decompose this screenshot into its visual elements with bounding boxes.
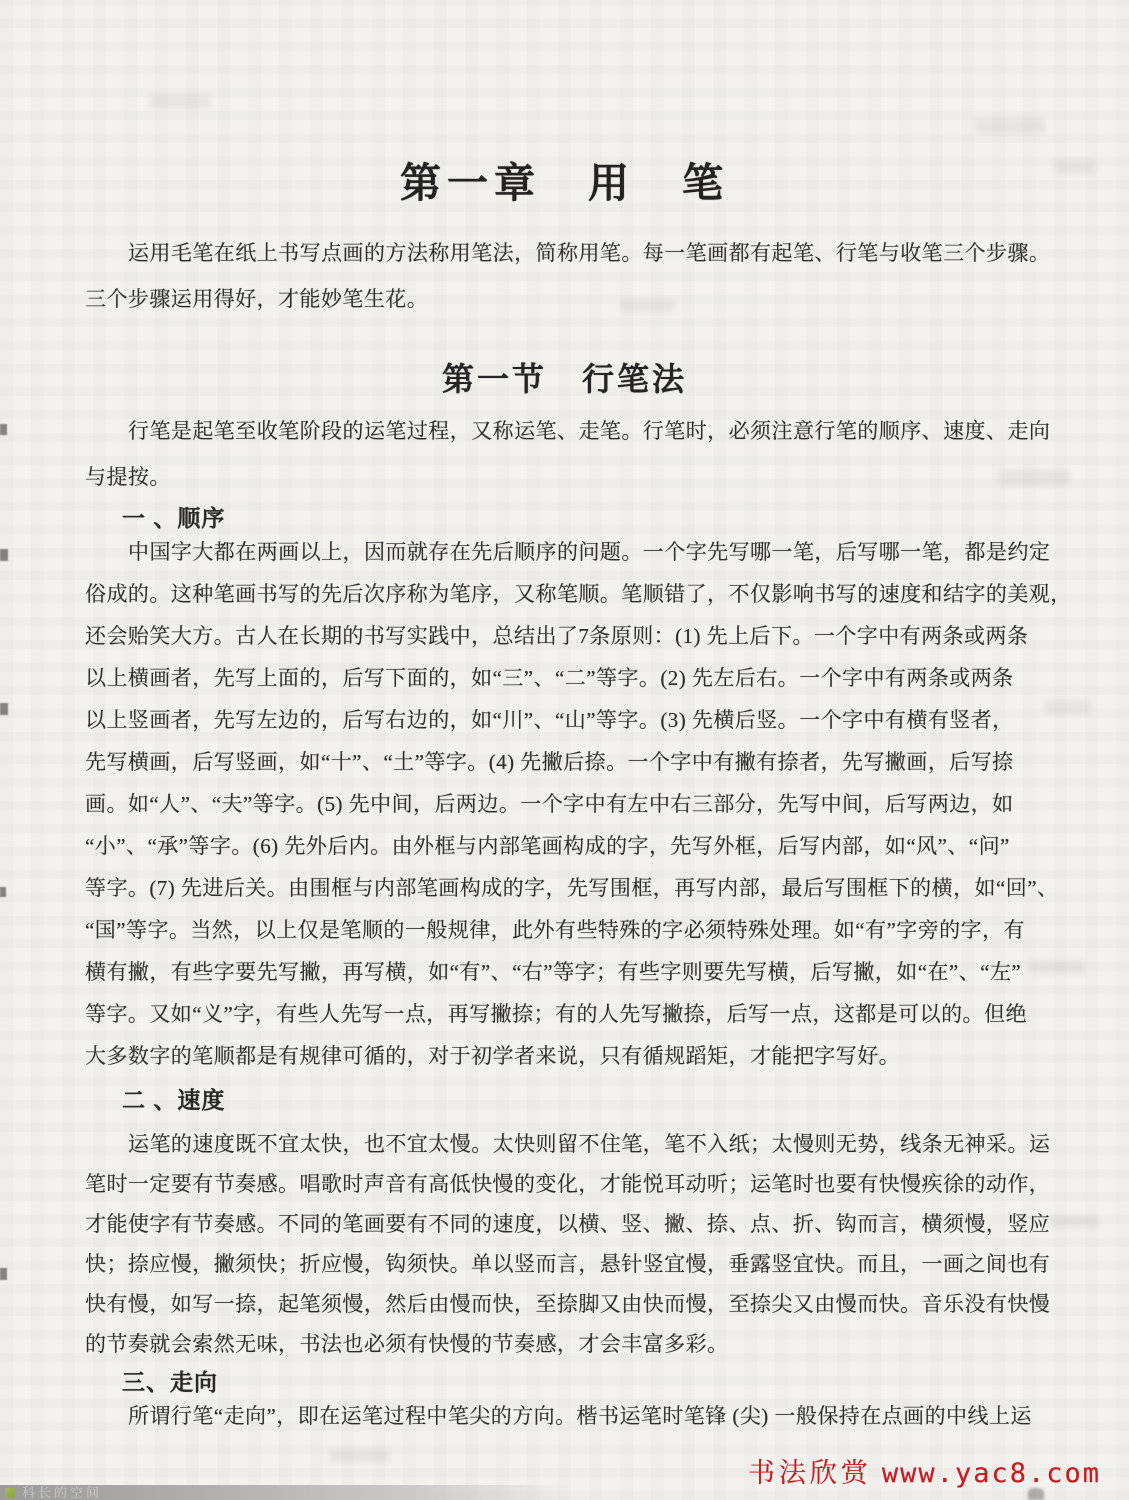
text-line: 中国字大都在两画以上，因而就存在先后顺序的问题。一个字先写哪一笔，后写哪一笔，都… [85,531,1053,573]
chapter-title: 第一章 用 笔 [0,150,1129,209]
subsection-heading-speed: 二 、速度 [122,1082,225,1115]
text-line: 三个步骤运用得好，才能妙笔生花。 [85,276,1053,322]
text-line: 快；捺应慢，撇须快；折应慢，钩须快。单以竖而言，悬针竖宜慢，垂露竖宜快。而且，一… [85,1244,1053,1284]
paragraph-direction: 所谓行笔“走向”，即在运笔过程中笔尖的方向。楷书运笔时笔锋 (尖) 一般保持在点… [85,1396,1053,1436]
text-line: 还会贻笑大方。古人在长期的书写实践中，总结出了7条原则：(1) 先上后下。一个字… [85,615,1053,657]
text-line: 运笔的速度既不宜太快，也不宜太慢。太快则留不住笔，笔不入纸；太慢则无势，线条无神… [85,1124,1053,1164]
text-line: 与提按。 [85,454,1053,500]
scan-edge-mark [0,1268,7,1280]
scan-noise-smudge [1055,160,1095,174]
text-line: 画。如“人”、“夫”等字。(5) 先中间，后两边。一个字中有左中右三部分，先写中… [85,783,1053,825]
text-line: 才能使字有节奏感。不同的笔画要有不同的速度，以横、竖、撇、捺、点、折、钩而言，横… [85,1204,1053,1244]
text-line: 先写横画，后写竖画，如“十”、“土”等字。(4) 先撇后捺。一个字中有撇有捺者，… [85,741,1053,783]
paragraph-order: 中国字大都在两画以上，因而就存在先后顺序的问题。一个字先写哪一笔，后写哪一笔，都… [85,531,1053,1077]
scan-edge-mark [0,424,7,435]
section-intro-paragraph: 行笔是起笔至收笔阶段的运笔过程，又称运笔、走笔。行笔时，必须注意行笔的顺序、速度… [85,408,1053,500]
text-line: 等字。又如“义”字，有些人先写一点，再写撇捺；有的人先写撇捺，后写一点，这都是可… [85,993,1053,1035]
scan-noise-smudge [150,95,210,108]
text-line: 行笔是起笔至收笔阶段的运笔过程，又称运笔、走笔。行笔时，必须注意行笔的顺序、速度… [85,408,1053,454]
text-line: 快有慢，如写一捺，起笔须慢，然后由慢而快，至捺脚又由快而慢，至捺尖又由慢而快。音… [85,1284,1053,1324]
site-watermark: 书法欣赏www.yac8.com [748,1451,1101,1490]
section-title: 第一节 行笔法 [0,354,1129,400]
paragraph-speed: 运笔的速度既不宜太快，也不宜太慢。太快则留不住笔，笔不入纸；太慢则无势，线条无神… [85,1124,1053,1364]
text-line: “国”等字。当然，以上仅是笔顺的一般规律，此外有些特殊的字必须特殊处理。如“有”… [85,909,1053,951]
subsection-heading-order: 一 、顺序 [122,500,225,533]
scanned-book-page: 第一章 用 笔 运用毛笔在纸上书写点画的方法称用笔法，简称用笔。每一笔画都有起笔… [0,0,1129,1500]
scan-edge-mark [0,549,8,561]
footer-artifact-text: 科长的空间 [22,1485,102,1500]
text-line: “小”、“承”等字。(6) 先外后内。由外框与内部笔画构成的字，先写外框，后写内… [85,825,1053,867]
scan-noise-smudge [975,118,1045,134]
scan-noise-smudge [620,300,675,312]
subsection-heading-direction: 三、走向 [122,1364,218,1397]
text-line: 大多数字的笔顺都是有规律可循的，对于初学者来说，只有循规蹈矩，才能把字写好。 [85,1035,1053,1077]
watermark-site-name: 书法欣赏 [748,1458,872,1488]
text-line: 以上竖画者，先写左边的，后写右边的，如“川”、“山”等字。(3) 先横后竖。一个… [85,699,1053,741]
intro-paragraph: 运用毛笔在纸上书写点画的方法称用笔法，简称用笔。每一笔画都有起笔、行笔与收笔三个… [85,230,1053,322]
text-line: 所谓行笔“走向”，即在运笔过程中笔尖的方向。楷书运笔时笔锋 (尖) 一般保持在点… [85,1396,1053,1436]
text-line: 横有撇，有些字要先写撇，再写横，如“有”、“右”等字；有些字则要先写横，后写撇，… [85,951,1053,993]
text-line: 等字。(7) 先进后关。由围框与内部笔画构成的字，先写围框，再写内部，最后写围框… [85,867,1053,909]
scan-noise-smudge [330,1450,390,1462]
page-number-smudge [1028,1488,1044,1500]
text-line: 笔时一定要有节奏感。唱歌时声音有高低快慢的变化，才能悦耳动听；运笔时也要有快慢疾… [85,1164,1053,1204]
scan-edge-mark [0,887,6,897]
footer-artifact-bar: 科长的空间 [0,1485,572,1500]
scan-edge-mark [0,703,8,715]
text-line: 以上横画者，先写上面的，后写下面的，如“三”、“二”等字。(2) 先左后右。一个… [85,657,1053,699]
text-line: 运用毛笔在纸上书写点画的方法称用笔法，简称用笔。每一笔画都有起笔、行笔与收笔三个… [85,230,1053,276]
scan-noise-smudge [1045,700,1090,713]
footer-app-icon [5,1488,15,1498]
watermark-url: www.yac8.com [882,1458,1101,1489]
text-line: 的节奏就会索然无味，书法也必须有快慢的节奏感，才会丰富多彩。 [85,1324,1053,1364]
scan-noise-smudge [1050,1215,1098,1228]
text-line: 俗成的。这种笔画书写的先后次序称为笔序，又称笔顺。笔顺错了，不仅影响书写的速度和… [85,573,1053,615]
scan-noise-smudge [1030,960,1085,974]
scan-noise-smudge [1000,470,1070,485]
